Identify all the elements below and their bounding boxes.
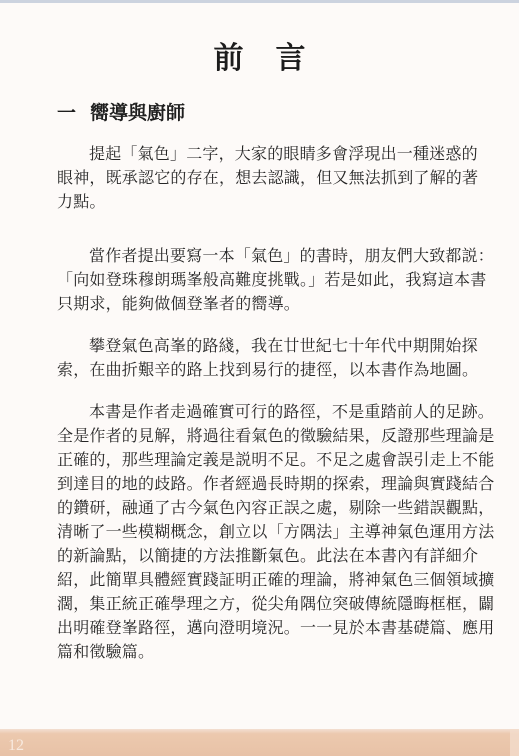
text-line: 正確的，那些理論定義是説明不足。不足之處會誤引走上不能: [57, 449, 463, 473]
page-title: 前 言: [57, 41, 463, 77]
text-line: 本書是作者走過確實可行的路徑，不是重踏前人的足跡。: [57, 401, 463, 425]
text-line: 的新論點，以簡捷的方法推斷氣色。此法在本書內有詳細介: [57, 545, 463, 569]
text-line: 全是作者的見解，將過往看氣色的徵驗結果，反證那些理論是: [57, 425, 463, 449]
text-line: 只期求，能夠做個登峯者的嚮導。: [57, 293, 463, 317]
page-content: 前 言 一 嚮導與廚師 提起「氣色」二字，大家的眼睛多會浮現出一種迷惑的 眼神，…: [0, 3, 519, 665]
footer-band: 12: [0, 729, 519, 756]
text-line: 「向如登珠穆朗瑪峯般高難度挑戰。」若是如此，我寫這本書: [57, 269, 463, 293]
text-line: 濶，集正統正確學理之方，從尖角隅位突破傳統隱晦框框，闢: [57, 593, 463, 617]
text-line: 清晰了一些模糊概念，創立以「方隅法」主導神氣色運用方法: [57, 521, 463, 545]
text-line: 攀登氣色高峯的路綫，我在廿世紀七十年代中期開始探: [57, 335, 463, 359]
paragraph: 攀登氣色高峯的路綫，我在廿世紀七十年代中期開始探 索，在曲折艱辛的路上找到易行的…: [57, 335, 463, 383]
text-line: 當作者提出要寫一本「氣色」的書時，朋友們大致都説：: [57, 245, 463, 269]
paragraph: 當作者提出要寫一本「氣色」的書時，朋友們大致都説： 「向如登珠穆朗瑪峯般高難度挑…: [57, 245, 463, 317]
section-number: 一: [57, 101, 76, 127]
page-number: 12: [8, 738, 24, 754]
text-line: 出明確登峯路徑，邁向澄明境況。一一見於本書基礎篇、應用: [57, 617, 463, 641]
text-line: 力點。: [57, 191, 463, 215]
text-line: 紹，此簡單具體經實踐証明正確的理論，將神氣色三個領域擴: [57, 569, 463, 593]
text-line: 提起「氣色」二字，大家的眼睛多會浮現出一種迷惑的: [57, 143, 463, 167]
paragraph: 提起「氣色」二字，大家的眼睛多會浮現出一種迷惑的 眼神，既承認它的存在，想去認識…: [57, 143, 463, 215]
text-line: 眼神，既承認它的存在，想去認識，但又無法抓到了解的著: [57, 167, 463, 191]
footer-band-edge-highlight: [510, 729, 519, 756]
text-line: 到達目的地的歧路。作者經過長時期的探索，理論與實踐結合: [57, 473, 463, 497]
text-line: 篇和徵驗篇。: [57, 641, 463, 665]
section-heading: 一 嚮導與廚師: [57, 101, 463, 127]
paragraph: 本書是作者走過確實可行的路徑，不是重踏前人的足跡。 全是作者的見解，將過往看氣色…: [57, 401, 463, 665]
section-heading-text: 嚮導與廚師: [90, 101, 185, 127]
text-line: 索，在曲折艱辛的路上找到易行的捷徑，以本書作為地圖。: [57, 359, 463, 383]
book-page: 前 言 一 嚮導與廚師 提起「氣色」二字，大家的眼睛多會浮現出一種迷惑的 眼神，…: [0, 0, 519, 756]
text-line: 的鑽研，融通了古今氣色內容正誤之處，剔除一些錯誤觀點，: [57, 497, 463, 521]
